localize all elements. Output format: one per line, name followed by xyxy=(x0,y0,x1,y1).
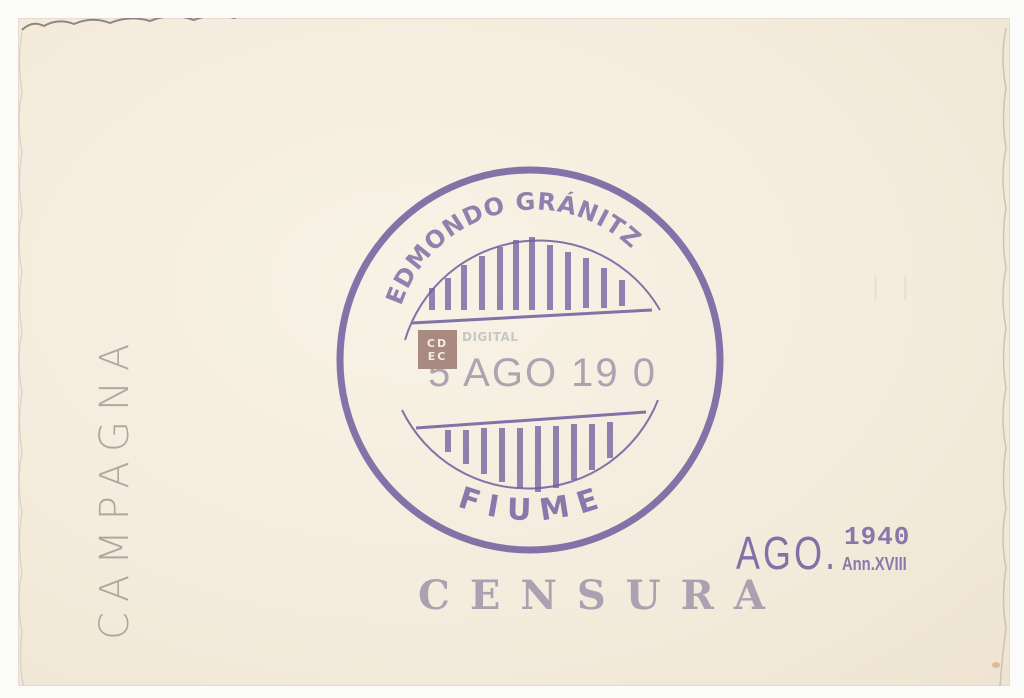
date-stamp-era: Ann.XVIII xyxy=(842,554,907,575)
cdec-logo: CD EC xyxy=(418,330,457,369)
logo-line-2: EC xyxy=(428,350,448,363)
pencil-note: CAMPAGNA xyxy=(92,334,138,640)
foxing-spot xyxy=(992,662,1000,668)
stamp-date-text: 5 AGO 19 0 xyxy=(428,351,657,395)
date-stamp-year: 1940 xyxy=(844,522,910,552)
faint-mark xyxy=(904,276,907,300)
photographer-stamp: EDMONDO GRÁNITZ FIUME 5 AGO 19 0 xyxy=(330,160,730,560)
stamp-bottom-text: FIUME xyxy=(454,479,612,528)
logo-line-1: CD xyxy=(427,337,448,350)
faint-mark xyxy=(874,276,877,300)
svg-text:FIUME: FIUME xyxy=(454,479,612,528)
watermark-brand: DIGITAL xyxy=(462,330,518,344)
faded-censor-stamp: CENSURA xyxy=(418,572,785,619)
